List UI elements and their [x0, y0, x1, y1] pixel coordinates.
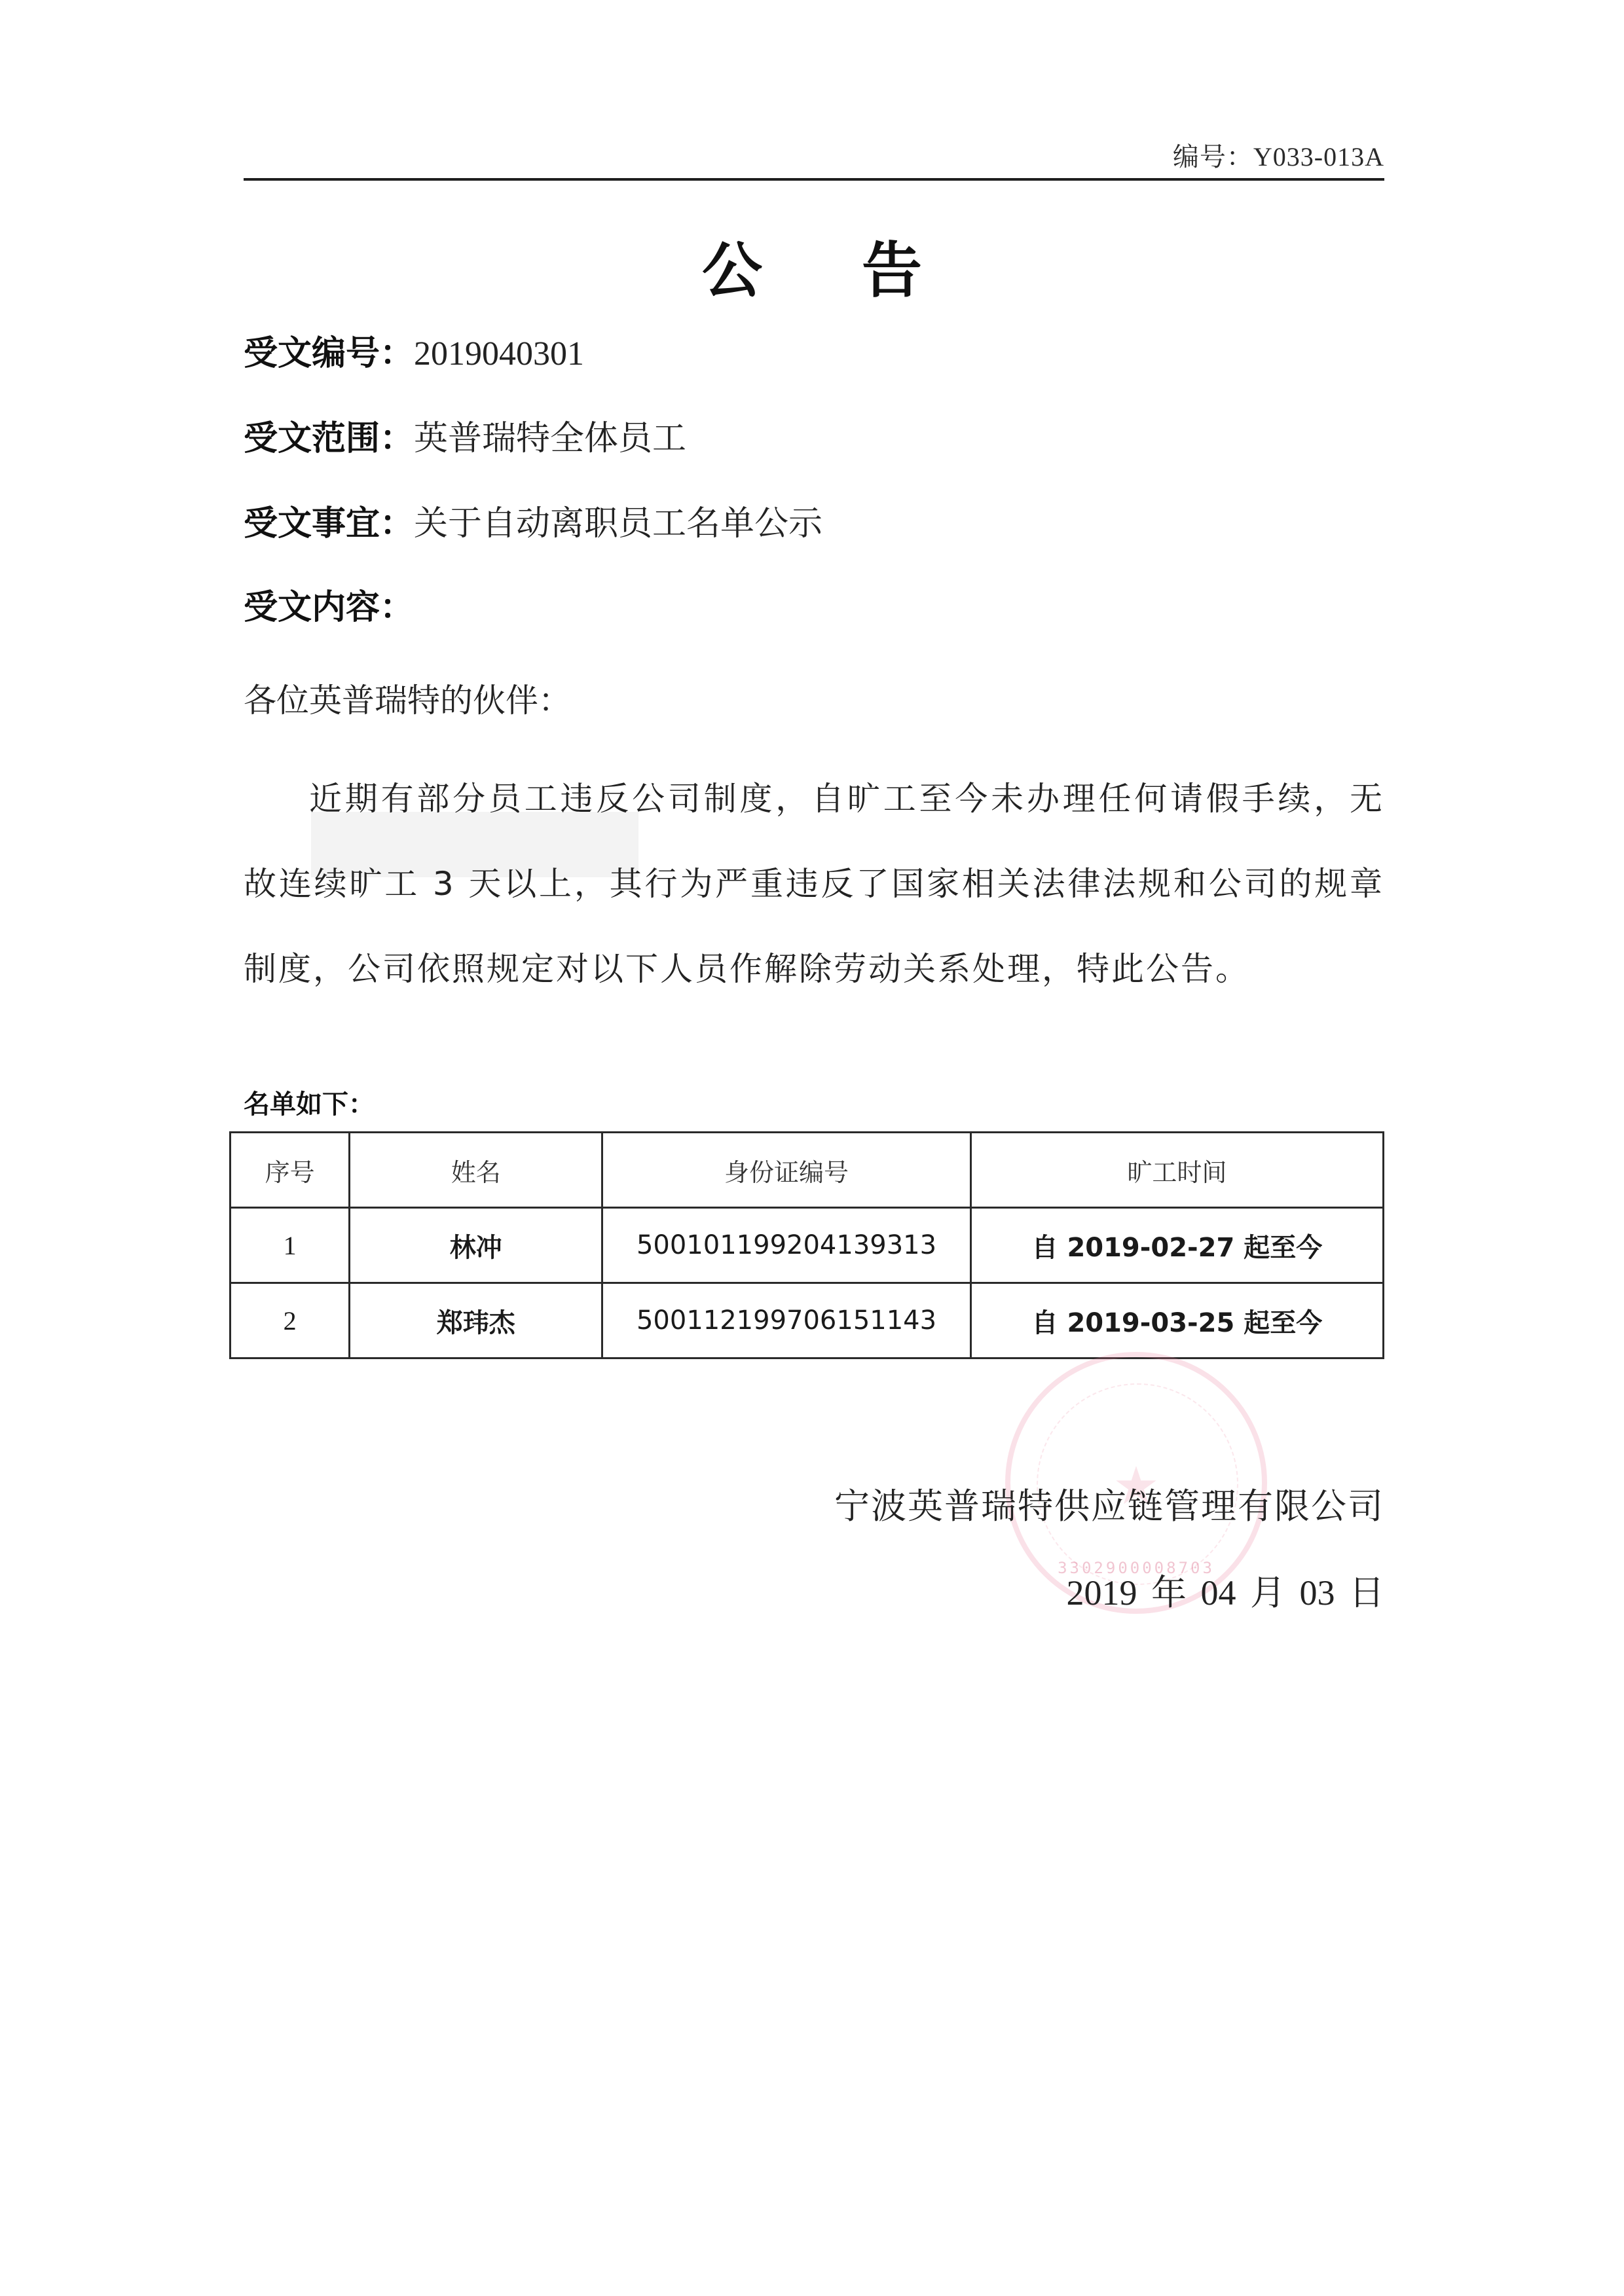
header-absence-time: 旷工时间	[970, 1133, 1383, 1208]
table-row: 2 郑玮杰 500112199706151143 自 2019-03-25 起至…	[231, 1283, 1384, 1358]
meta-subject: 受文事宜：关于自动离职员工名单公示	[244, 504, 822, 543]
meta-doc-id-label: 受文编号：	[244, 334, 414, 373]
cell-seq: 1	[231, 1208, 350, 1283]
header-divider	[244, 178, 1384, 181]
greeting: 各位英普瑞特的伙伴：	[244, 674, 571, 721]
cell-name: 郑玮杰	[350, 1283, 602, 1358]
meta-subject-value: 关于自动离职员工名单公示	[414, 504, 822, 543]
notice-body: 近期有部分员工违反公司制度，自旷工至今未办理任何请假手续，无故连续旷工 3 天以…	[244, 756, 1384, 1011]
signature-date: 2019 年 04 月 03 日	[1067, 1565, 1385, 1615]
employee-table: 序号 姓名 身份证编号 旷工时间 1 林冲 500101199204139313…	[229, 1131, 1384, 1359]
meta-scope-value: 英普瑞特全体员工	[414, 419, 686, 458]
company-name: 宁波英普瑞特供应链管理有限公司	[834, 1478, 1384, 1529]
header-id-number: 身份证编号	[602, 1133, 970, 1208]
cell-absence-time: 自 2019-02-27 起至今	[970, 1208, 1383, 1283]
meta-scope-label: 受文范围：	[244, 419, 414, 458]
notice-page: 编号：Y033-013A 公 告 受文编号：2019040301 受文范围：英普…	[0, 0, 1624, 2296]
meta-subject-label: 受文事宜：	[244, 504, 414, 543]
table-header-row: 序号 姓名 身份证编号 旷工时间	[231, 1133, 1384, 1208]
document-number: 编号：Y033-013A	[1173, 136, 1384, 173]
page-title: 公 告	[0, 223, 1624, 309]
meta-doc-id-value: 2019040301	[414, 335, 584, 373]
meta-content: 受文内容：	[244, 588, 414, 627]
meta-content-label: 受文内容：	[244, 588, 414, 627]
meta-scope: 受文范围：英普瑞特全体员工	[244, 419, 686, 458]
cell-id-number: 500112199706151143	[602, 1283, 970, 1358]
cell-absence-time: 自 2019-03-25 起至今	[970, 1283, 1383, 1358]
list-label: 名单如下：	[244, 1084, 375, 1121]
header-name: 姓名	[350, 1133, 602, 1208]
cell-name: 林冲	[350, 1208, 602, 1283]
cell-id-number: 500101199204139313	[602, 1208, 970, 1283]
header-seq: 序号	[231, 1133, 350, 1208]
meta-doc-id: 受文编号：2019040301	[244, 334, 584, 374]
table-row: 1 林冲 500101199204139313 自 2019-02-27 起至今	[231, 1208, 1384, 1283]
cell-seq: 2	[231, 1283, 350, 1358]
